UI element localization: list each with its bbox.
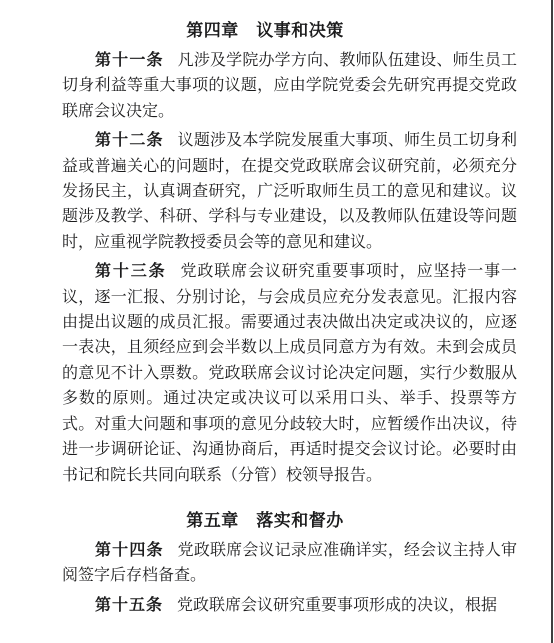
chapter-5-heading: 第五章 落实和督办 <box>0 508 530 534</box>
page-edge-line <box>551 0 553 643</box>
article-12-number: 第十二条 <box>95 132 164 149</box>
article-12-text: 议题涉及本学院发展重大事项、师生员工切身利益或普遍关心的问题时，在提交党政联席会… <box>62 132 517 251</box>
article-11: 第十一条凡涉及学院办学方向、教师队伍建设、师生员工切身利益等重大事项的议题，应由… <box>62 48 517 124</box>
article-13-text: 党政联席会议研究重要事项时，应坚持一事一议，逐一汇报、分别讨论，与会成员应充分发… <box>62 263 517 483</box>
article-13-number: 第十三条 <box>95 263 166 280</box>
article-15: 第十五条党政联席会议研究重要事项形成的决议，根据 <box>62 593 517 618</box>
article-12: 第十二条议题涉及本学院发展重大事项、师生员工切身利益或普遍关心的问题时，在提交党… <box>62 128 517 255</box>
article-15-text: 党政联席会议研究重要事项形成的决议，根据 <box>177 597 497 614</box>
article-14-number: 第十四条 <box>95 542 164 559</box>
article-11-number: 第十一条 <box>95 52 164 69</box>
document-content: 第四章 议事和决策 第十一条凡涉及学院办学方向、教师队伍建设、师生员工切身利益等… <box>0 18 530 618</box>
article-14: 第十四条党政联席会议记录应准确详实，经会议主持人审阅签字后存档备查。 <box>62 538 517 589</box>
article-15-number: 第十五条 <box>95 597 163 614</box>
document-page: 第四章 议事和决策 第十一条凡涉及学院办学方向、教师队伍建设、师生员工切身利益等… <box>0 0 554 643</box>
chapter-4-heading: 第四章 议事和决策 <box>0 18 530 44</box>
article-13: 第十三条党政联席会议研究重要事项时，应坚持一事一议，逐一汇报、分别讨论，与会成员… <box>62 259 517 488</box>
